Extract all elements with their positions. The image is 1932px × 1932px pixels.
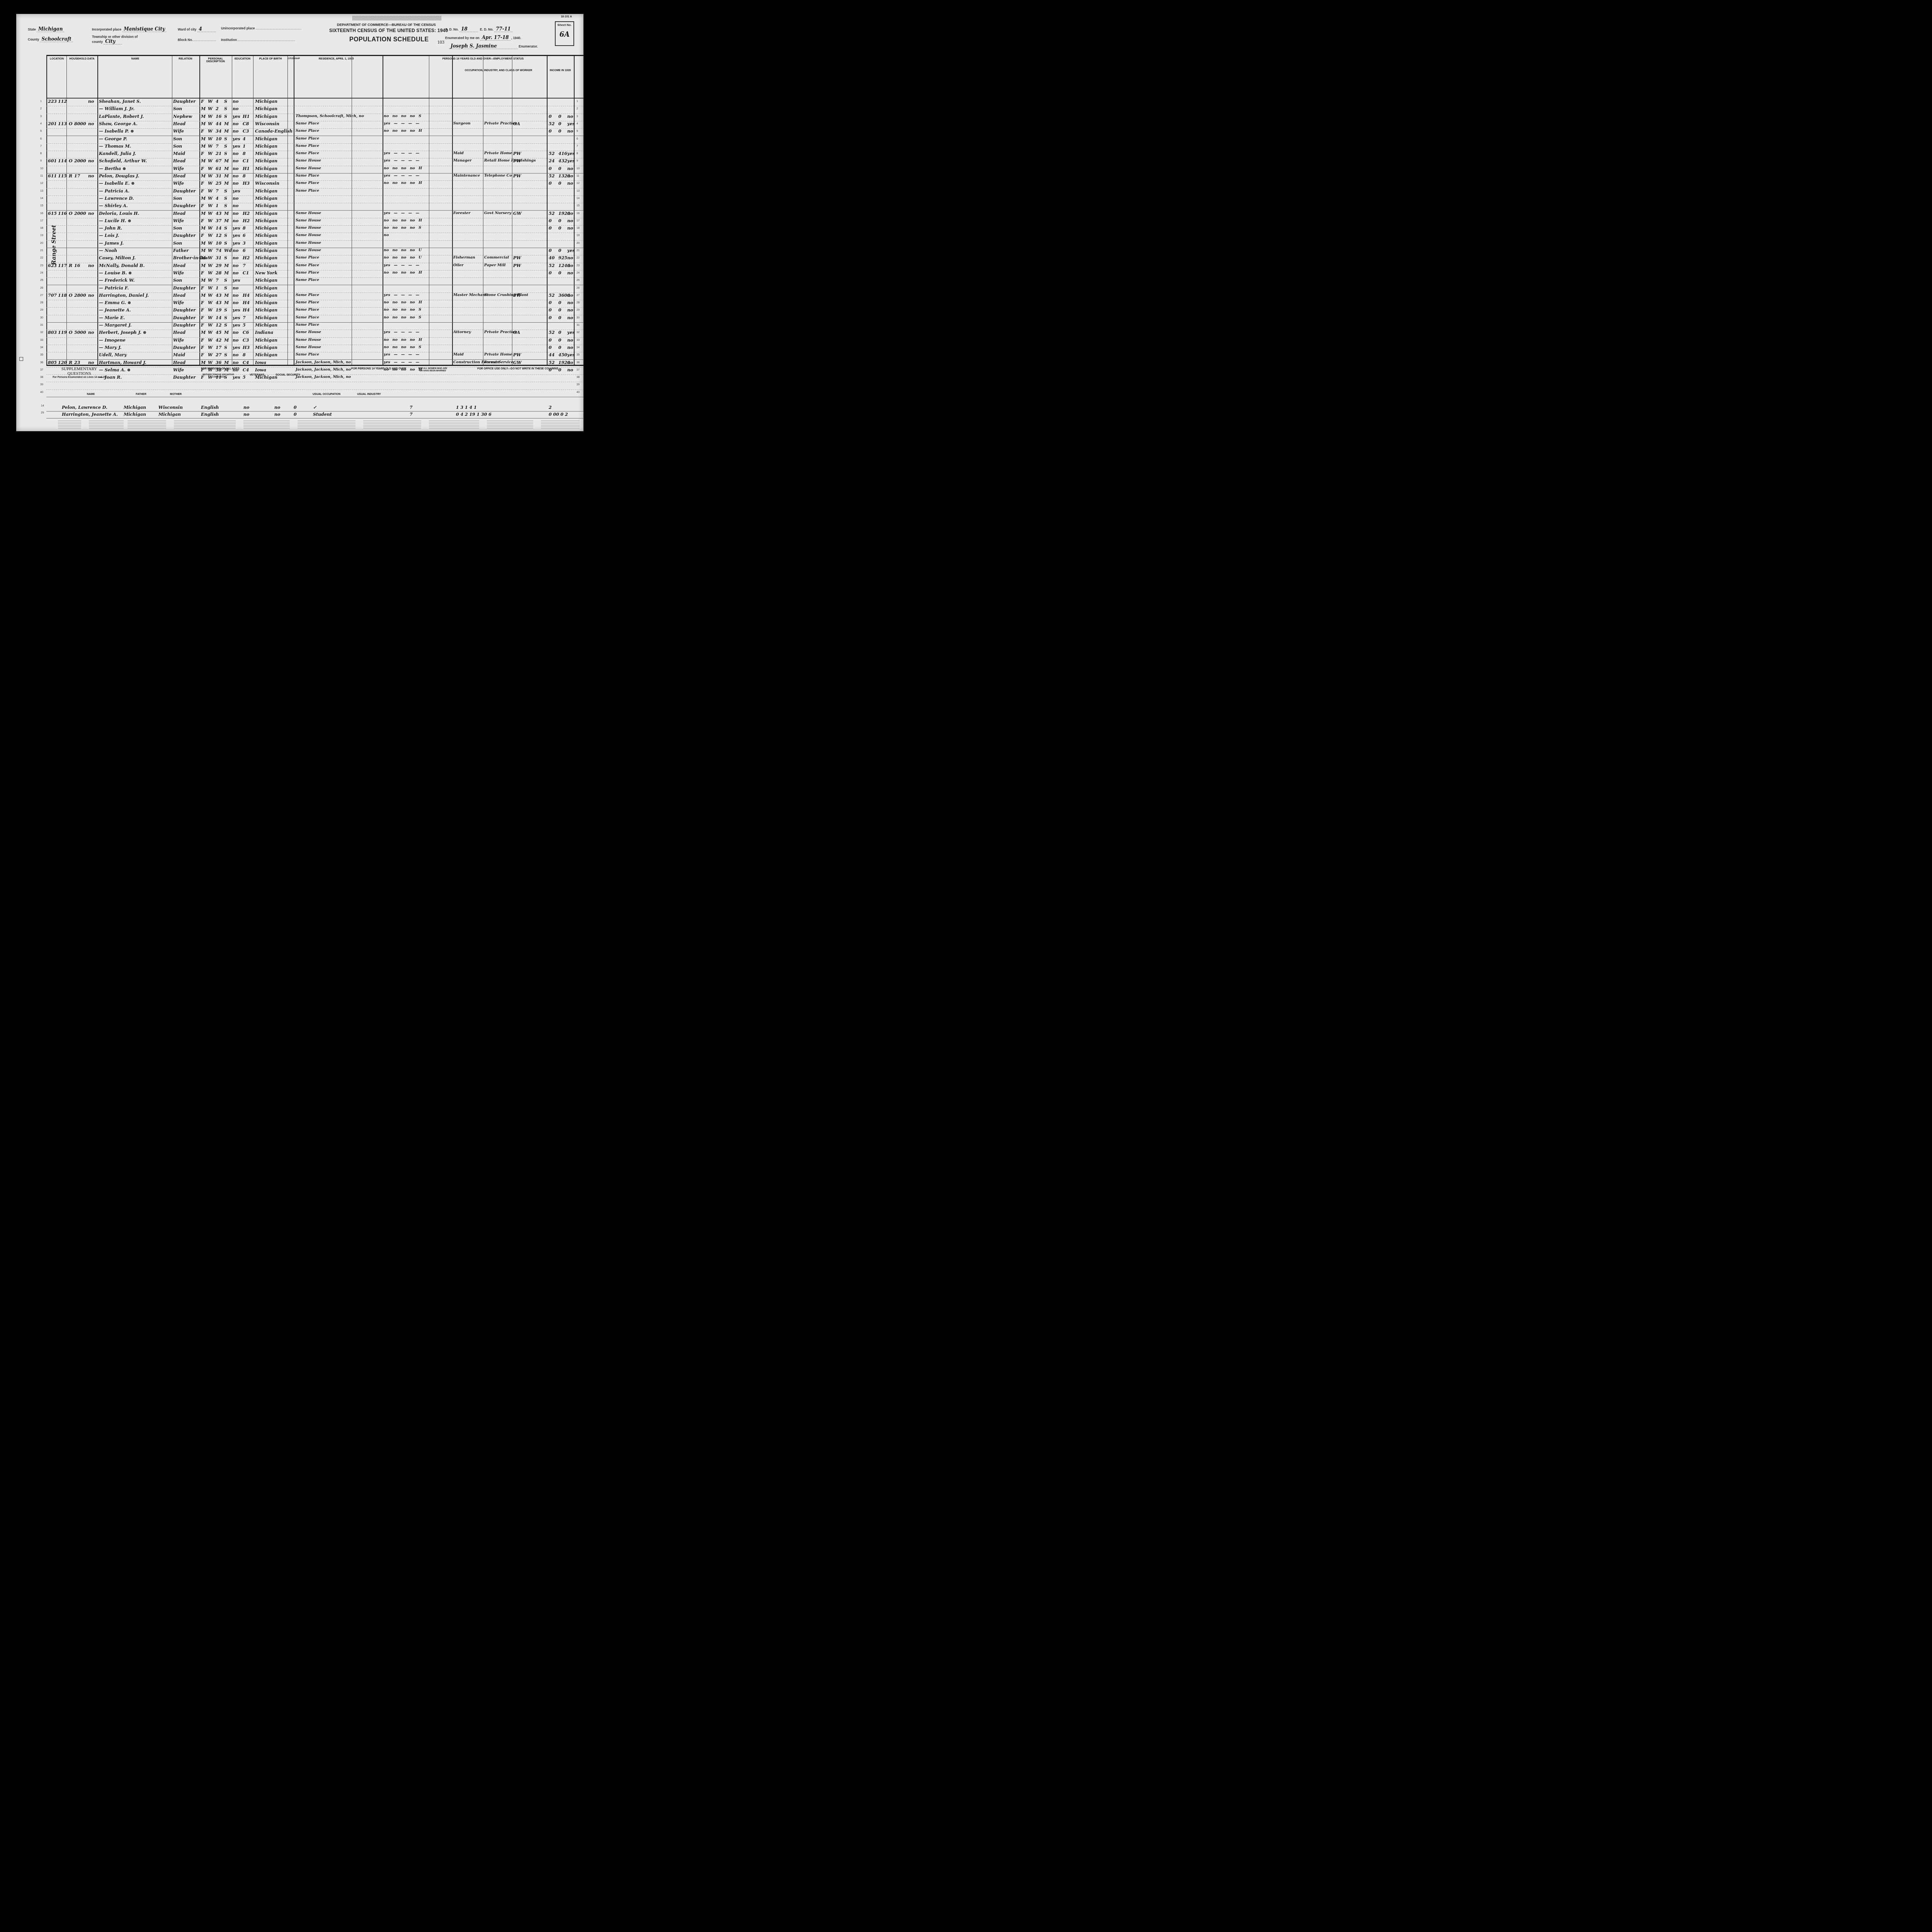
sex: M: [201, 196, 206, 201]
residence-1935: Same Place: [296, 263, 319, 267]
township-field: Township or other division of county Cit…: [92, 35, 146, 44]
sex: F: [201, 189, 204, 194]
office-codes: 0 4 2 19 1 30 6: [456, 412, 492, 417]
unincorporated-place-field: Unincorporated place: [221, 26, 301, 30]
race: W: [208, 278, 213, 283]
school-attendance: yes: [233, 144, 240, 149]
schedule-number: 103: [437, 39, 444, 45]
class-of-worker: PW: [513, 255, 521, 260]
relation: Son: [173, 144, 182, 149]
person-name: LaPlante, Robert J.: [99, 114, 144, 119]
age: 16: [216, 114, 221, 119]
line-number: 8: [577, 152, 578, 155]
birthplace: Michigan: [255, 203, 277, 208]
line-number: 8: [40, 152, 42, 155]
birthplace: Michigan: [255, 263, 277, 268]
form-id: 16-101 A: [561, 15, 572, 18]
check-box[interactable]: [19, 357, 23, 361]
marital-status: S: [224, 255, 227, 260]
race: W: [208, 196, 213, 201]
line-number: 24: [577, 272, 580, 274]
birthplace: Michigan: [255, 226, 277, 231]
weeks-worked: 0: [549, 248, 552, 253]
line-number: 38: [40, 376, 43, 379]
table-row: 2525— Frederick W.SonMW7SyesMichiganSame…: [46, 277, 583, 285]
line-number: 26: [40, 287, 43, 289]
residence-1935: Same Place: [296, 270, 319, 275]
wages: 0: [558, 248, 561, 253]
relation: Wife: [173, 129, 184, 134]
age: 43: [216, 300, 221, 305]
tenure: O: [69, 330, 73, 335]
relation: Head: [173, 330, 185, 335]
person-name: — Marie E.: [99, 315, 125, 320]
other-income: yes: [567, 151, 575, 156]
employment-status: no no no no H: [384, 300, 422, 304]
table-row: 3333— ImogeneWifeFW42MnoC3MichiganSame H…: [46, 337, 583, 345]
birthplace: Michigan: [255, 99, 277, 104]
line-number: 19: [40, 234, 43, 237]
line-number: 1: [577, 100, 578, 103]
race: W: [208, 151, 213, 156]
weeks-worked: 52: [549, 173, 554, 179]
line-number: 40: [40, 391, 43, 394]
person-name: — George P.: [99, 136, 127, 141]
relation: Wife: [173, 181, 184, 186]
race: W: [208, 144, 213, 149]
line-number: 31: [577, 324, 580, 327]
class-of-worker: PW: [513, 151, 521, 156]
visit-order: 114: [58, 158, 67, 163]
ss-deductions: 0: [294, 405, 297, 410]
other-income: no: [567, 181, 573, 186]
table-row: 55— Isabella P. ⊗WifeFW34MnoC3Canada-Eng…: [46, 128, 583, 136]
grade-completed: 1: [243, 144, 246, 149]
house-number: 803: [48, 330, 57, 335]
residence-1935: Same House: [296, 248, 321, 252]
line-number: 26: [577, 287, 580, 289]
weeks-worked: 0: [549, 315, 552, 320]
other-income: no: [567, 255, 573, 260]
school-attendance: yes: [233, 233, 240, 238]
relation: Head: [173, 211, 185, 216]
line-number: 13: [40, 190, 43, 192]
race: W: [208, 189, 213, 194]
sex: M: [201, 248, 206, 253]
grade-completed: H4: [243, 293, 250, 298]
line-number: 23: [40, 264, 43, 267]
age: 7: [216, 278, 219, 283]
line-number: 30: [577, 316, 580, 319]
other-income: no: [567, 270, 573, 276]
wages: 0: [558, 166, 561, 171]
class-of-worker: PW: [513, 293, 521, 298]
tenure: O: [69, 293, 73, 298]
line-number: 3: [577, 115, 578, 118]
table-row: 2828— Emma G. ⊗WifeFW43MnoH4MichiganSame…: [46, 300, 583, 308]
line-number: 37: [40, 369, 43, 371]
occupation: Oiler: [453, 263, 464, 267]
birthplace: Wisconsin: [255, 121, 279, 126]
line-number: 25: [577, 279, 580, 282]
age: 2: [216, 106, 219, 111]
birthplace: New York: [255, 270, 277, 276]
line-number: 15: [40, 204, 43, 207]
grade-completed: C4: [243, 360, 249, 365]
table-row: 66— George P.SonMW10Syes4MichiganSame Pl…: [46, 136, 583, 144]
line-number: 18: [577, 227, 580, 230]
marital-status: M: [224, 330, 229, 335]
code: 7: [410, 405, 413, 410]
person-name: — Noah: [99, 248, 117, 253]
age: 43: [216, 211, 221, 216]
line-number: 6: [40, 138, 42, 140]
occupation: Forester: [453, 211, 470, 215]
weeks-worked: 0: [549, 345, 552, 350]
birthplace: Michigan: [255, 308, 277, 313]
line-number: 33: [577, 339, 580, 342]
marital-status: S: [224, 151, 227, 156]
line-number: 16: [577, 212, 580, 215]
residence-1935: Same House: [296, 330, 321, 334]
person-name: — Shirley A.: [99, 203, 128, 208]
relation: Head: [173, 158, 185, 163]
marital-status: M: [224, 166, 229, 171]
weeks-worked: 52: [549, 360, 554, 365]
person-name: Harrington, Jeanette A.: [62, 412, 118, 417]
house-number: 805: [48, 360, 57, 365]
person-name: — Bertha ⊗: [99, 166, 126, 171]
school-attendance: no: [233, 248, 238, 253]
birthplace: Michigan: [255, 278, 277, 283]
sex: M: [201, 158, 206, 163]
grade-completed: H3: [243, 181, 250, 186]
mother-birthplace: Wisconsin: [158, 405, 183, 410]
occupation: Maid: [453, 151, 464, 155]
other-income: no: [567, 315, 573, 320]
employment-status: no no no no S: [384, 345, 421, 349]
age: 43: [216, 293, 221, 298]
home-value: 17: [74, 173, 80, 179]
relation: Daughter: [173, 189, 196, 194]
table-row: 3131— Margaret J.DaughterFW12Syes5Michig…: [46, 322, 583, 330]
grade-completed: C1: [243, 270, 249, 276]
age: 4: [216, 196, 219, 201]
school-attendance: no: [233, 196, 238, 201]
occupation: Maintenance: [453, 173, 480, 178]
visit-order: 119: [58, 330, 67, 335]
grade-completed: 7: [243, 263, 246, 268]
sex: F: [201, 270, 204, 276]
marital-status: S: [224, 203, 227, 208]
person-name: — Louise B. ⊗: [99, 270, 132, 276]
line-number: 13: [577, 190, 580, 192]
school-attendance: no: [233, 293, 238, 298]
person-name: — Patricia F.: [99, 286, 129, 291]
relation: Wife: [173, 166, 184, 171]
employment-status: no no no no H: [384, 129, 422, 133]
relation: Head: [173, 121, 185, 126]
residence-1935: Same House: [296, 241, 321, 245]
age: 12: [216, 233, 221, 238]
table-row: 2222Casey, Milton J.Brother-in-lawMW31Sn…: [46, 255, 583, 263]
person-name: — Lois J.: [99, 233, 119, 238]
line-number: 35: [577, 354, 580, 356]
sex: F: [201, 338, 204, 343]
weeks-worked: 52: [549, 151, 554, 156]
relation: Son: [173, 196, 182, 201]
grade-completed: C3: [243, 338, 249, 343]
farm-residence: no: [88, 173, 94, 179]
office-codes: 1 3 1 4 1: [456, 405, 477, 410]
wages: 416: [558, 151, 567, 156]
birthplace: Michigan: [255, 255, 277, 260]
ss-deductions: 0: [294, 412, 297, 417]
birthplace: Michigan: [255, 166, 277, 171]
sheet-number: 6A: [556, 31, 573, 39]
table-row: 1313— Patricia A.DaughterFW7SyesMichigan…: [46, 188, 583, 196]
sex: M: [201, 278, 206, 283]
line-number: 20: [577, 242, 580, 245]
marital-status: M: [224, 211, 229, 216]
wages: 0: [558, 218, 561, 223]
table-row: 2727707118O2800noHarrington, Daniel J.He…: [46, 293, 583, 300]
table-row: 2626— Patricia F.DaughterFW1SnoMichigan: [46, 285, 583, 293]
sex: M: [201, 173, 206, 179]
table-row: 22— William J. Jr.SonMW2SnoMichigan: [46, 106, 583, 114]
class-of-worker: GW: [513, 211, 522, 216]
line-number: 22: [577, 257, 580, 259]
class-of-worker: PW: [513, 158, 521, 163]
birthplace: Michigan: [255, 315, 277, 320]
occupation: Maid: [453, 352, 464, 357]
marital-status: M: [224, 173, 229, 179]
employment-status: yes — — — —: [384, 263, 419, 267]
person-name: Pelon, Lawrence D.: [62, 405, 107, 410]
line-number: 1: [40, 100, 42, 103]
industry: Telephone Co: [484, 173, 512, 178]
race: W: [208, 263, 213, 268]
marital-status: S: [224, 114, 227, 119]
class-of-worker: OA: [513, 330, 520, 335]
relation: Daughter: [173, 315, 196, 320]
marital-status: S: [224, 278, 227, 283]
age: 25: [216, 181, 221, 186]
race: W: [208, 248, 213, 253]
mother-birthplace: Michigan: [158, 412, 181, 417]
wages: 0: [558, 226, 561, 231]
race: W: [208, 181, 213, 186]
person-name: Sheahan, Janet S.: [99, 99, 141, 104]
weeks-worked: 0: [549, 114, 552, 119]
school-attendance: no: [233, 270, 238, 276]
table-row: 3232803119O5000noHerbert, Joseph J. ⊗Hea…: [46, 330, 583, 337]
occupation: Surgeon: [453, 121, 471, 126]
ed-value: 77-11: [494, 26, 513, 32]
school-attendance: no: [233, 151, 238, 156]
grade-completed: 3: [243, 241, 246, 246]
birthplace: Iowa: [255, 360, 266, 365]
line-number: 27: [40, 294, 43, 297]
weeks-worked: 0: [549, 218, 552, 223]
age: 74: [216, 248, 221, 253]
visit-order: 112: [58, 99, 67, 104]
school-attendance: no: [233, 129, 238, 134]
wages: 0: [558, 315, 561, 320]
marital-status: M: [224, 270, 229, 276]
line-number: 36: [577, 361, 580, 364]
line-number: 12: [40, 182, 43, 185]
person-name: — Lawrence D.: [99, 196, 134, 201]
table-row: 1010— Bertha ⊗WifeFW61MnoH1MichiganSame …: [46, 166, 583, 173]
other-income: no: [567, 338, 573, 343]
age: 42: [216, 338, 221, 343]
school-attendance: no: [233, 218, 238, 223]
weeks-worked: 52: [549, 330, 554, 335]
birthplace: Michigan: [255, 241, 277, 246]
relation: Head: [173, 173, 185, 179]
county-value: Schoolcraft: [40, 36, 73, 42]
table-row: 3434— Mary J.DaughterFW17SyesH3MichiganS…: [46, 345, 583, 352]
residence-1935: Same House: [296, 226, 321, 230]
weeks-worked: 0: [549, 226, 552, 231]
wages: 0: [558, 338, 561, 343]
table-row: 99601114O2000noSchofield, Arthur W.HeadM…: [46, 158, 583, 166]
visit-order: 117: [58, 263, 67, 268]
sex: M: [201, 144, 206, 149]
other-income: no: [567, 293, 573, 298]
residence-1935: Same House: [296, 338, 321, 342]
relation: Daughter: [173, 308, 196, 313]
wages: 0: [558, 308, 561, 313]
sex: M: [201, 106, 206, 111]
school-attendance: no: [233, 286, 238, 291]
home-value: 23: [74, 360, 80, 365]
line-number: 39: [40, 383, 43, 386]
person-name: Hartman, Howard J.: [99, 360, 146, 365]
race: W: [208, 323, 213, 328]
marital-status: M: [224, 360, 229, 365]
wages: 0: [558, 300, 561, 305]
birthplace: Michigan: [255, 323, 277, 328]
marital-status: S: [224, 196, 227, 201]
birthplace: Michigan: [255, 293, 277, 298]
mother-tongue: English: [201, 405, 219, 410]
line-number: 25: [40, 279, 43, 282]
house-number: 611: [48, 173, 57, 179]
employment-status: no no no no H: [384, 218, 422, 223]
other-income: no: [567, 345, 573, 350]
office-codes-end: 0 00 0 2: [549, 412, 568, 417]
residence-1935: Same Place: [296, 151, 319, 155]
marital-status: Wd: [224, 248, 232, 253]
father-birthplace: Michigan: [124, 405, 146, 410]
wages: 0: [558, 345, 561, 350]
county-field: County Schoolcraft: [28, 36, 73, 42]
age: 31: [216, 173, 221, 179]
employment-status: no no no no U: [384, 248, 422, 252]
residence-1935: Same Place: [296, 352, 319, 357]
residence-1935: Jackson, Jackson, Mich, no: [296, 360, 351, 364]
race: W: [208, 330, 213, 335]
industry: Stone Crushing Plant: [484, 293, 528, 297]
school-attendance: yes: [233, 136, 240, 141]
age: 31: [216, 255, 221, 260]
office-codes-end: 2: [549, 405, 552, 410]
weeks-worked: 44: [549, 352, 554, 357]
grade-completed: H4: [243, 308, 250, 313]
weeks-worked: 52: [549, 263, 554, 268]
person-name: — Frederick W.: [99, 278, 135, 283]
employment-status: no no no no U: [384, 255, 422, 260]
residence-1935: Same Place: [296, 121, 319, 126]
employment-status: yes — — — —: [384, 151, 419, 155]
schedule-title: POPULATION SCHEDULE: [349, 36, 429, 43]
relation: Wife: [173, 218, 184, 223]
sex: F: [201, 166, 204, 171]
residence-1935: Same Place: [296, 293, 319, 297]
line-number: 16: [40, 212, 43, 215]
school-attendance: no: [233, 300, 238, 305]
residence-1935: Same House: [296, 166, 321, 170]
table-row: 1414— Lawrence D.SonMW4SnoMichigan: [46, 196, 583, 203]
wages: 925: [558, 255, 567, 260]
residence-1935: Same Place: [296, 278, 319, 282]
marital-status: M: [224, 338, 229, 343]
birthplace: Indiana: [255, 330, 273, 335]
marital-status: M: [224, 218, 229, 223]
table-row: 33LaPlante, Robert J.NephewMW16SyesH1Mic…: [46, 114, 583, 121]
person-name: — Margaret J.: [99, 323, 132, 328]
line-number: 14: [577, 197, 580, 200]
tenure: R: [69, 360, 72, 365]
employment-status: yes — — — —: [384, 330, 419, 334]
race: W: [208, 360, 213, 365]
residence-1935: Same Place: [296, 136, 319, 141]
grade-completed: 6: [243, 233, 246, 238]
tenure: R: [69, 263, 72, 268]
birthplace: Michigan: [255, 189, 277, 194]
table-row: 1111611115R17noPelon, Douglas J.HeadMW31…: [46, 173, 583, 181]
school-attendance: yes: [233, 241, 240, 246]
incorporated-place-field: Incorporated place Manistique City: [92, 26, 167, 32]
line-number: 2: [40, 107, 42, 110]
line-number: 28: [577, 301, 580, 304]
line-number: 21: [40, 249, 43, 252]
age: 19: [216, 308, 221, 313]
school-attendance: no: [233, 166, 238, 171]
table-row: 77— Thomas M.SonMW7Syes1MichiganSame Pla…: [46, 143, 583, 151]
marital-status: S: [224, 99, 227, 104]
race: W: [208, 121, 213, 126]
race: W: [208, 300, 213, 305]
sex: F: [201, 181, 204, 186]
employment-status: yes — — — —: [384, 352, 419, 357]
line-number: 24: [40, 272, 43, 274]
relation: Son: [173, 278, 182, 283]
table-row: 2020— James J.SonMW10Syes3MichiganSame H…: [46, 240, 583, 248]
employment-status: yes — — — —: [384, 173, 419, 178]
birthplace: Michigan: [255, 151, 277, 156]
employment-status: yes — — — —: [384, 293, 419, 297]
farm-residence: no: [88, 121, 94, 126]
table-row: 2424— Louise B. ⊗WifeFW28MnoC1New YorkSa…: [46, 270, 583, 278]
house-number: 623: [48, 263, 57, 268]
marital-status: S: [224, 144, 227, 149]
wages: 450: [558, 352, 567, 357]
marital-status: S: [224, 345, 227, 350]
school-attendance: yes: [233, 315, 240, 320]
